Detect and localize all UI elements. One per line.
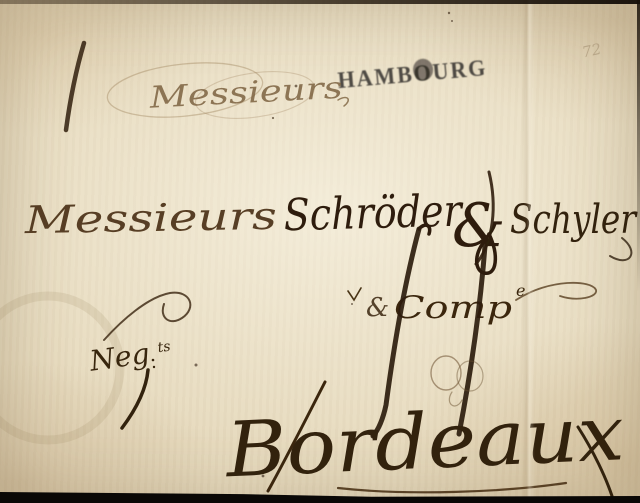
rate-mark-loop-1	[431, 356, 461, 390]
note-descender	[122, 370, 148, 428]
note-dot-2	[153, 366, 155, 368]
left-note-superscript: ts	[157, 339, 172, 357]
ink-speck	[195, 364, 198, 367]
destination: Bordeaux	[222, 388, 626, 494]
ink-speck	[272, 117, 274, 119]
note-loop-flourish	[104, 293, 190, 340]
line3-ampersand: &	[366, 293, 389, 323]
ink-speck	[351, 303, 353, 305]
postmark-stamp: HAMBOURG	[336, 53, 488, 93]
left-note: Neg	[87, 337, 152, 378]
check-mark	[348, 288, 361, 300]
ink-speck	[448, 12, 450, 14]
postmark-text: HAMBOURG	[337, 55, 489, 93]
ink-speck	[451, 20, 453, 22]
ink-speck	[262, 475, 265, 478]
handwriting: Messieurs Messieurs Schröder & Schyler &…	[23, 12, 638, 496]
line2-firm-b: Schyler	[510, 197, 638, 243]
ink-speck	[295, 85, 298, 88]
line2-firm-a: Schröder	[283, 186, 465, 242]
note-dot-1	[152, 359, 155, 362]
line2-salutation: Messieurs	[23, 194, 277, 242]
letter-canvas: 72 HAMBOURG Messieurs Messieurs Schröder…	[0, 0, 640, 503]
company-swash	[516, 283, 596, 300]
line3-company: Comp	[394, 290, 512, 326]
flourish-paraph	[66, 43, 84, 130]
line1-salutation: Messieurs	[148, 71, 344, 116]
letter-photo: 72 HAMBOURG Messieurs Messieurs Schröder…	[0, 0, 640, 503]
pencil-note: 72	[581, 40, 603, 62]
photo-edge-top	[0, 0, 640, 4]
